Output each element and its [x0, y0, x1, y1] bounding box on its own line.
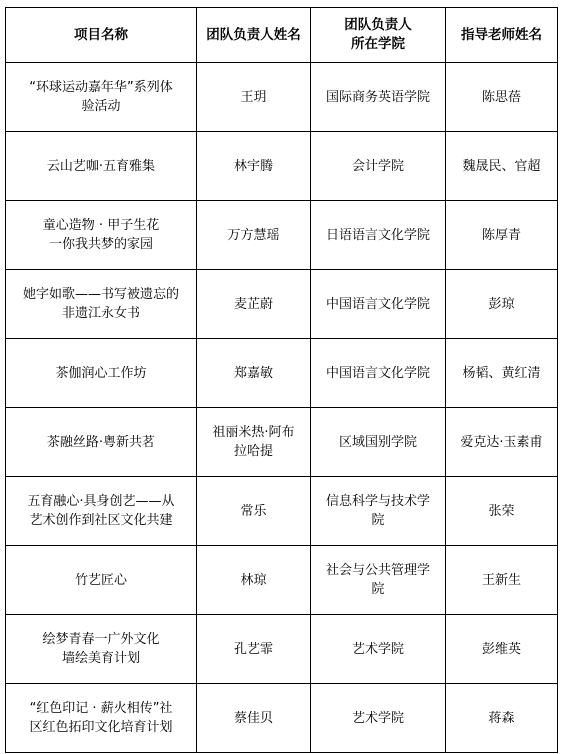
table-row: 茶伽润心工作坊 郑嘉敏 中国语言文化学院 杨韬、黄红清	[6, 339, 558, 408]
table-row: 茶融丝路·粤新共茗 祖丽米热·阿布 拉哈提 区域国别学院 爱克达·玉素甫	[6, 408, 558, 477]
project-name-line2: 验活动	[10, 97, 192, 116]
leader-college-line1: 社会与公共管理学	[315, 561, 441, 580]
project-name-line2: 艺术创作到社区文化共建	[10, 511, 192, 530]
cell-leader-name: 常乐	[197, 477, 311, 546]
cell-leader-college: 日语语言文化学院	[311, 201, 446, 270]
cell-leader-college: 会计学院	[311, 132, 446, 201]
leader-college-line2: 院	[315, 511, 441, 530]
project-name-line1: 五育融心·具身创艺——从	[10, 492, 192, 511]
cell-project-name: 五育融心·具身创艺——从 艺术创作到社区文化共建	[6, 477, 197, 546]
cell-leader-college: 国际商务英语学院	[311, 63, 446, 132]
project-name-line2: 非遗江永女书	[10, 304, 192, 323]
cell-project-name: “红色印记 · 薪火相传”社 区红色拓印文化培育计划	[6, 684, 197, 753]
cell-leader-name: 祖丽米热·阿布 拉哈提	[197, 408, 311, 477]
cell-leader-college: 信息科学与技术学 院	[311, 477, 446, 546]
cell-leader-college: 区域国别学院	[311, 408, 446, 477]
header-leader-college-line2: 所在学院	[315, 35, 441, 54]
header-project-name: 项目名称	[6, 8, 197, 63]
cell-leader-name: 万方慧瑶	[197, 201, 311, 270]
project-name-line2: 墙绘美育计划	[10, 649, 192, 668]
project-name-line1: “环球运动嘉年华”系列体	[10, 78, 192, 97]
cell-leader-college: 中国语言文化学院	[311, 270, 446, 339]
table-row: 童心造物 · 甲子生花 一你我共梦的家园 万方慧瑶 日语语言文化学院 陈厚青	[6, 201, 558, 270]
table-row: “红色印记 · 薪火相传”社 区红色拓印文化培育计划 蔡佳贝 艺术学院 蒋森	[6, 684, 558, 753]
cell-project-name: 童心造物 · 甲子生花 一你我共梦的家园	[6, 201, 197, 270]
table-row: “环球运动嘉年华”系列体 验活动 王玥 国际商务英语学院 陈思蓓	[6, 63, 558, 132]
cell-leader-college: 艺术学院	[311, 615, 446, 684]
cell-project-name: 绘梦青春一广外文化 墙绘美育计划	[6, 615, 197, 684]
cell-leader-name: 林琼	[197, 546, 311, 615]
table-row: 她字如歌——书写被遗忘的 非遗江永女书 麦芷蔚 中国语言文化学院 彭琼	[6, 270, 558, 339]
leader-college-line2: 院	[315, 580, 441, 599]
cell-advisor-name: 王新生	[446, 546, 558, 615]
cell-leader-college: 中国语言文化学院	[311, 339, 446, 408]
table-row: 竹艺匠心 林琼 社会与公共管理学 院 王新生	[6, 546, 558, 615]
cell-leader-college: 社会与公共管理学 院	[311, 546, 446, 615]
leader-name-line1: 祖丽米热·阿布	[201, 423, 306, 442]
cell-leader-name: 麦芷蔚	[197, 270, 311, 339]
cell-leader-college: 艺术学院	[311, 684, 446, 753]
cell-advisor-name: 彭维英	[446, 615, 558, 684]
table-row: 云山艺咖·五育雅集 林宇腾 会计学院 魏晟民、官超	[6, 132, 558, 201]
cell-project-name: 云山艺咖·五育雅集	[6, 132, 197, 201]
cell-advisor-name: 陈厚青	[446, 201, 558, 270]
cell-advisor-name: 杨韬、黄红清	[446, 339, 558, 408]
project-name-line1: “红色印记 · 薪火相传”社	[10, 699, 192, 718]
table-row: 五育融心·具身创艺——从 艺术创作到社区文化共建 常乐 信息科学与技术学 院 张…	[6, 477, 558, 546]
header-row: 项目名称 团队负责人姓名 团队负责人 所在学院 指导老师姓名	[6, 8, 558, 63]
cell-leader-name: 王玥	[197, 63, 311, 132]
header-leader-name: 团队负责人姓名	[197, 8, 311, 63]
project-name-line1: 绘梦青春一广外文化	[10, 630, 192, 649]
leader-name-line2: 拉哈提	[201, 442, 306, 461]
projects-table: 项目名称 团队负责人姓名 团队负责人 所在学院 指导老师姓名 “环球运动嘉年华”…	[5, 7, 558, 753]
project-name-line2: 一你我共梦的家园	[10, 235, 192, 254]
project-name-line2: 区红色拓印文化培育计划	[10, 718, 192, 737]
cell-project-name: 竹艺匠心	[6, 546, 197, 615]
cell-leader-name: 林宇腾	[197, 132, 311, 201]
cell-advisor-name: 张荣	[446, 477, 558, 546]
cell-leader-name: 蔡佳贝	[197, 684, 311, 753]
cell-advisor-name: 魏晟民、官超	[446, 132, 558, 201]
header-advisor-name: 指导老师姓名	[446, 8, 558, 63]
cell-advisor-name: 爱克达·玉素甫	[446, 408, 558, 477]
project-name-line1: 童心造物 · 甲子生花	[10, 216, 192, 235]
cell-advisor-name: 陈思蓓	[446, 63, 558, 132]
header-leader-college-line1: 团队负责人	[315, 16, 441, 35]
cell-project-name: 茶伽润心工作坊	[6, 339, 197, 408]
cell-leader-name: 郑嘉敏	[197, 339, 311, 408]
cell-project-name: 茶融丝路·粤新共茗	[6, 408, 197, 477]
cell-advisor-name: 彭琼	[446, 270, 558, 339]
cell-advisor-name: 蒋森	[446, 684, 558, 753]
header-leader-college: 团队负责人 所在学院	[311, 8, 446, 63]
project-name-line1: 她字如歌——书写被遗忘的	[10, 285, 192, 304]
cell-project-name: 她字如歌——书写被遗忘的 非遗江永女书	[6, 270, 197, 339]
cell-leader-name: 孔艺霏	[197, 615, 311, 684]
cell-project-name: “环球运动嘉年华”系列体 验活动	[6, 63, 197, 132]
table-row: 绘梦青春一广外文化 墙绘美育计划 孔艺霏 艺术学院 彭维英	[6, 615, 558, 684]
leader-college-line1: 信息科学与技术学	[315, 492, 441, 511]
